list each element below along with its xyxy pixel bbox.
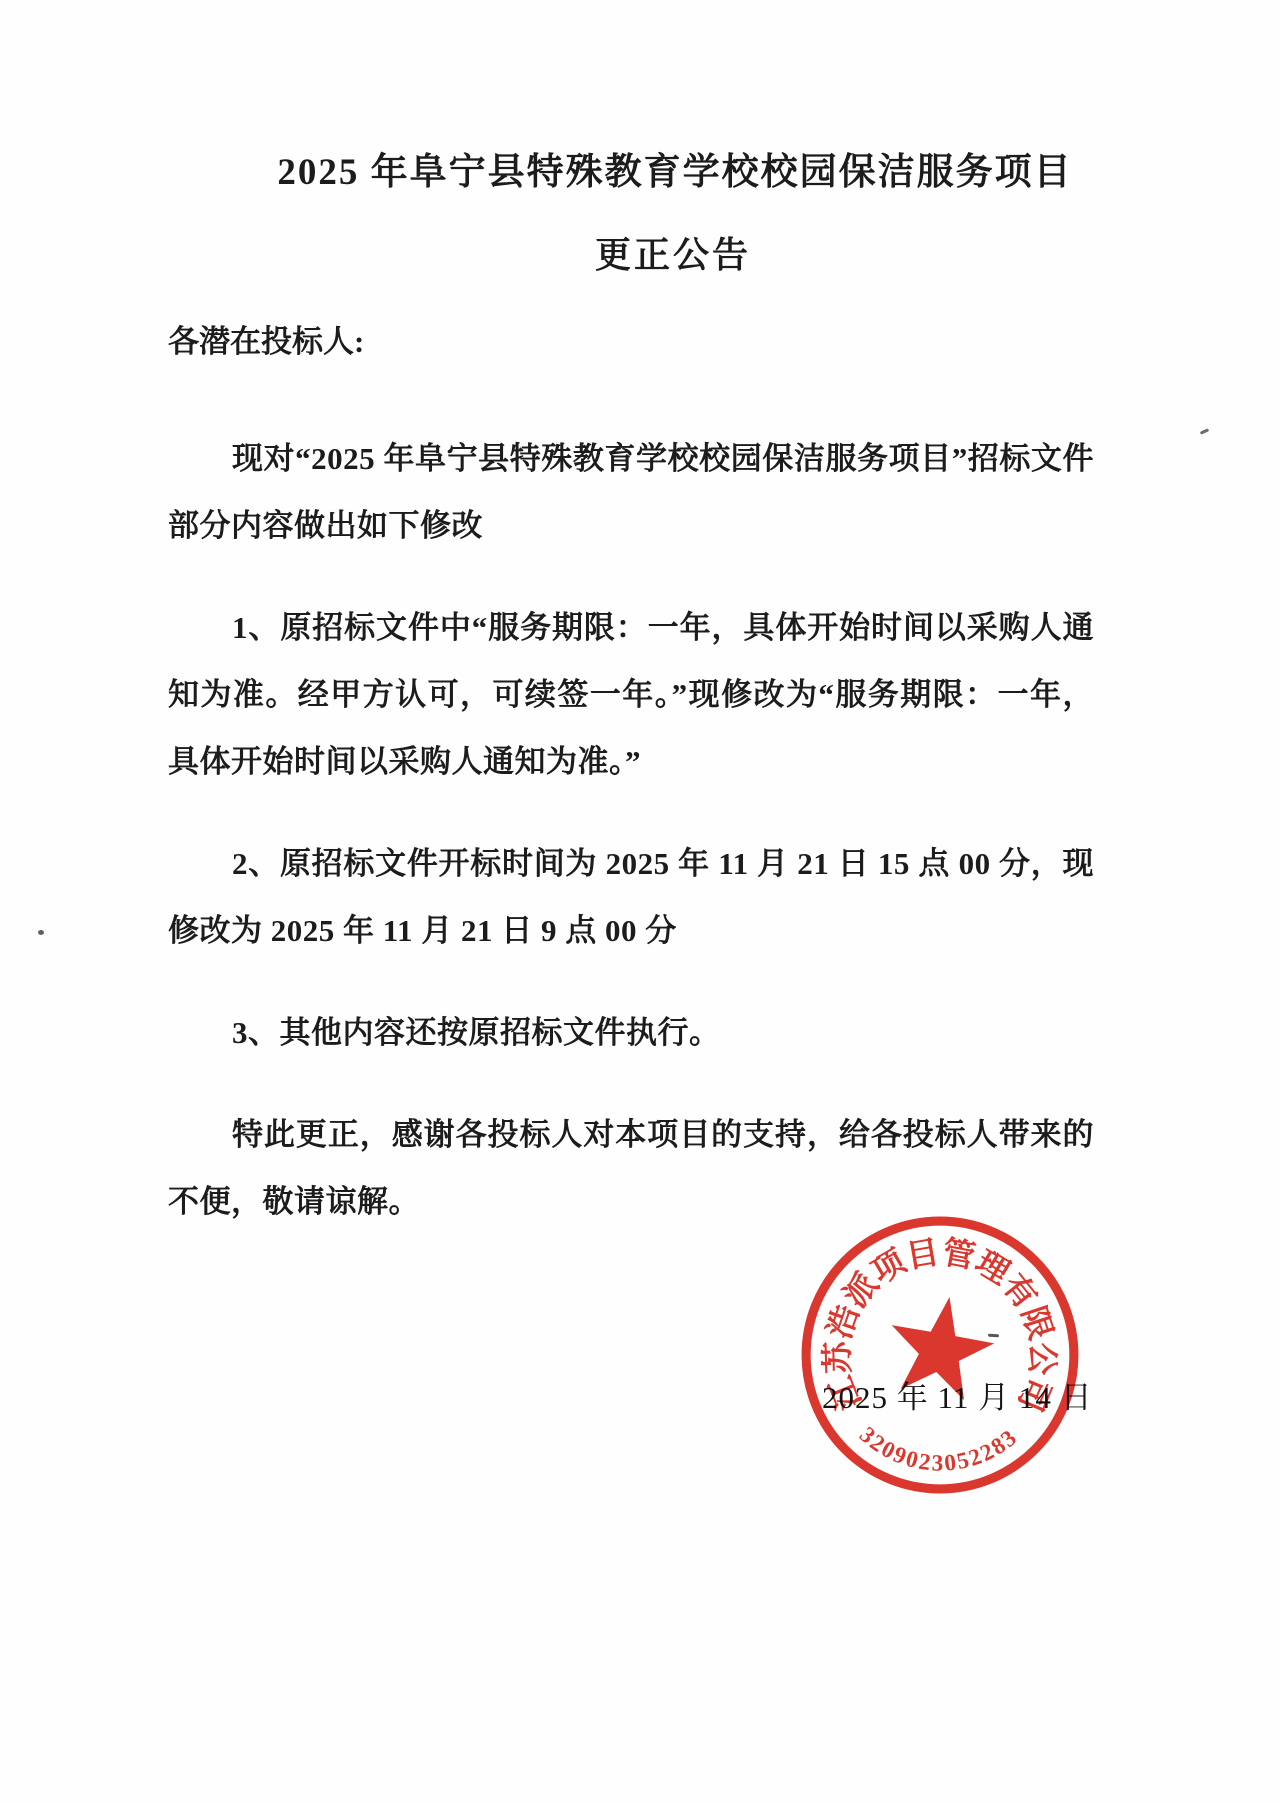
paragraph-item-2: 2、原招标文件开标时间为 2025 年 11 月 21 日 15 点 00 分，… bbox=[168, 830, 1094, 964]
document-subtitle: 更正公告 bbox=[210, 232, 1136, 278]
document-date: 2025 年 11 月 14 日 bbox=[822, 1372, 1093, 1417]
paragraph-item-1: 1、原招标文件中“服务期限：一年，具体开始时间以采购人通知为准。经甲方认可，可续… bbox=[168, 594, 1094, 795]
scanned-document-page: 2025 年阜宁县特殊教育学校校园保洁服务项目 更正公告 各潜在投标人: 现对“… bbox=[0, 0, 1280, 1803]
scan-artifact-dot bbox=[38, 930, 44, 935]
company-seal-svg: 江苏浩派项目管理有限公司 3209023052283 bbox=[798, 1213, 1082, 1497]
salutation-line: 各潜在投标人: bbox=[168, 308, 1094, 375]
seal-serial-arc-text: 3209023052283 bbox=[854, 1422, 1023, 1477]
paragraph-intro: 现对“2025 年阜宁县特殊教育学校校园保洁服务项目”招标文件部分内容做出如下修… bbox=[168, 425, 1094, 559]
document-body: 2025 年阜宁县特殊教育学校校园保洁服务项目 更正公告 各潜在投标人: 现对“… bbox=[0, 0, 1280, 1235]
paragraph-item-3: 3、其他内容还按原招标文件执行。 bbox=[168, 999, 1094, 1066]
company-seal-stamp: 江苏浩派项目管理有限公司 3209023052283 bbox=[798, 1213, 1082, 1497]
document-title: 2025 年阜宁县特殊教育学校校园保洁服务项目 bbox=[212, 150, 1138, 196]
